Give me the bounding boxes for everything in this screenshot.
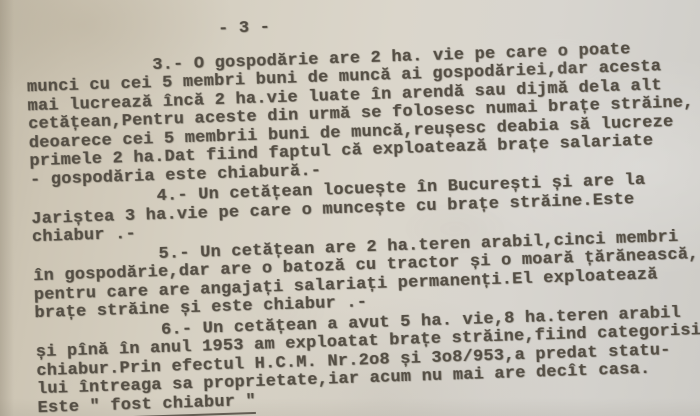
closing-line-prefix: Este " [37, 396, 110, 416]
scanned-page: - 3 - 3.- O gospodărie are 2 ha. vie pe … [0, 0, 700, 416]
typewritten-text-block: - 3 - 3.- O gospodărie are 2 ha. vie pe … [6, 3, 700, 416]
page-number: - 3 - [218, 3, 700, 39]
paragraph-item-3: 3.- O gospodărie are 2 ha. vie pe care o… [7, 37, 700, 191]
closing-line-underlined-phrase: fost chiabur " [110, 391, 256, 416]
